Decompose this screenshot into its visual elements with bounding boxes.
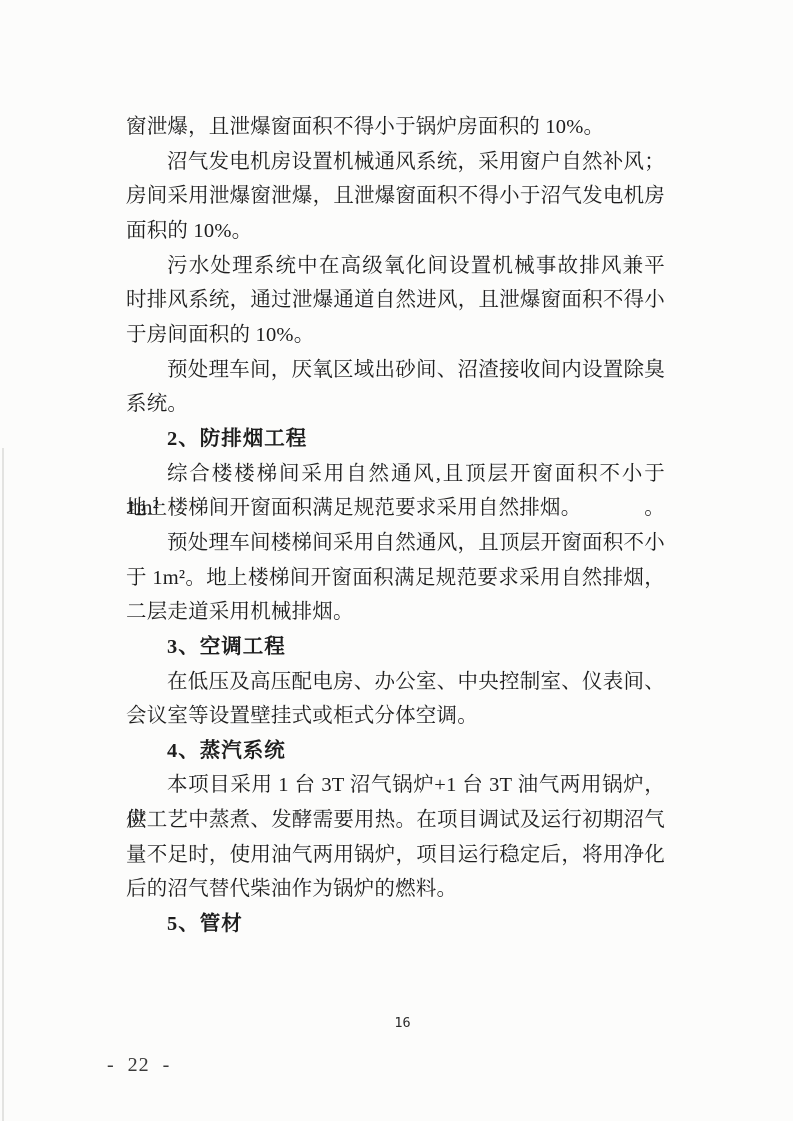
text-line: 时排风系统，通过泄爆通道自然进风，且泄爆窗面积不得小 bbox=[126, 283, 665, 318]
text-line: 在低压及高压配电房、办公室、中央控制室、仪表间、 bbox=[126, 665, 665, 700]
text-line: 于 1m²。地上楼梯间开窗面积满足规范要求采用自然排烟， bbox=[126, 561, 665, 596]
text-line: 沼气发电机房设置机械通风系统，采用窗户自然补风； bbox=[126, 145, 665, 180]
text-line: 预处理车间，厌氧区域出砂间、沼渣接收间内设置除臭 bbox=[126, 353, 665, 388]
scanned-document-page: 窗泄爆，且泄爆窗面积不得小于锅炉房面积的 10%。 沼气发电机房设置机械通风系统… bbox=[0, 0, 793, 1121]
section-heading-steam-system: 4、蒸汽系统 bbox=[126, 734, 665, 769]
text-line: 二层走道采用机械排烟。 bbox=[126, 595, 665, 630]
text-line: 窗泄爆，且泄爆窗面积不得小于锅炉房面积的 10%。 bbox=[126, 110, 665, 145]
text-line: 于房间面积的 10%。 bbox=[126, 318, 665, 353]
section-heading-smoke-control: 2、防排烟工程 bbox=[126, 422, 665, 457]
text-line: 后的沼气替代柴油作为锅炉的燃料。 bbox=[126, 872, 665, 907]
text-line: 综合楼楼梯间采用自然通风,且顶层开窗面积不小于 1m²。 bbox=[126, 457, 665, 492]
text-line: 面积的 10%。 bbox=[126, 214, 665, 249]
text-line: 房间采用泄爆窗泄爆，且泄爆窗面积不得小于沼气发电机房 bbox=[126, 179, 665, 214]
text-line: 本项目采用 1 台 3T 沼气锅炉+1 台 3T 油气两用锅炉，供 bbox=[126, 768, 665, 803]
text-line: 污水处理系统中在高级氧化间设置机械事故排风兼平 bbox=[126, 249, 665, 284]
inner-page-number: 16 bbox=[0, 1015, 793, 1031]
text-line: 预处理车间楼梯间采用自然通风，且顶层开窗面积不小 bbox=[126, 526, 665, 561]
footer-page-number: - 22 - bbox=[107, 1054, 170, 1077]
text-line: 会议室等设置壁挂式或柜式分体空调。 bbox=[126, 699, 665, 734]
document-text: 窗泄爆，且泄爆窗面积不得小于锅炉房面积的 10%。 沼气发电机房设置机械通风系统… bbox=[126, 110, 665, 942]
section-heading-air-conditioning: 3、空调工程 bbox=[126, 630, 665, 665]
text-line: 量不足时，使用油气两用锅炉，项目运行稳定后，将用净化 bbox=[126, 838, 665, 873]
section-heading-pipe-material: 5、管材 bbox=[126, 907, 665, 942]
text-line: 系统。 bbox=[126, 387, 665, 422]
text-line: 应工艺中蒸煮、发酵需要用热。在项目调试及运行初期沼气 bbox=[126, 803, 665, 838]
